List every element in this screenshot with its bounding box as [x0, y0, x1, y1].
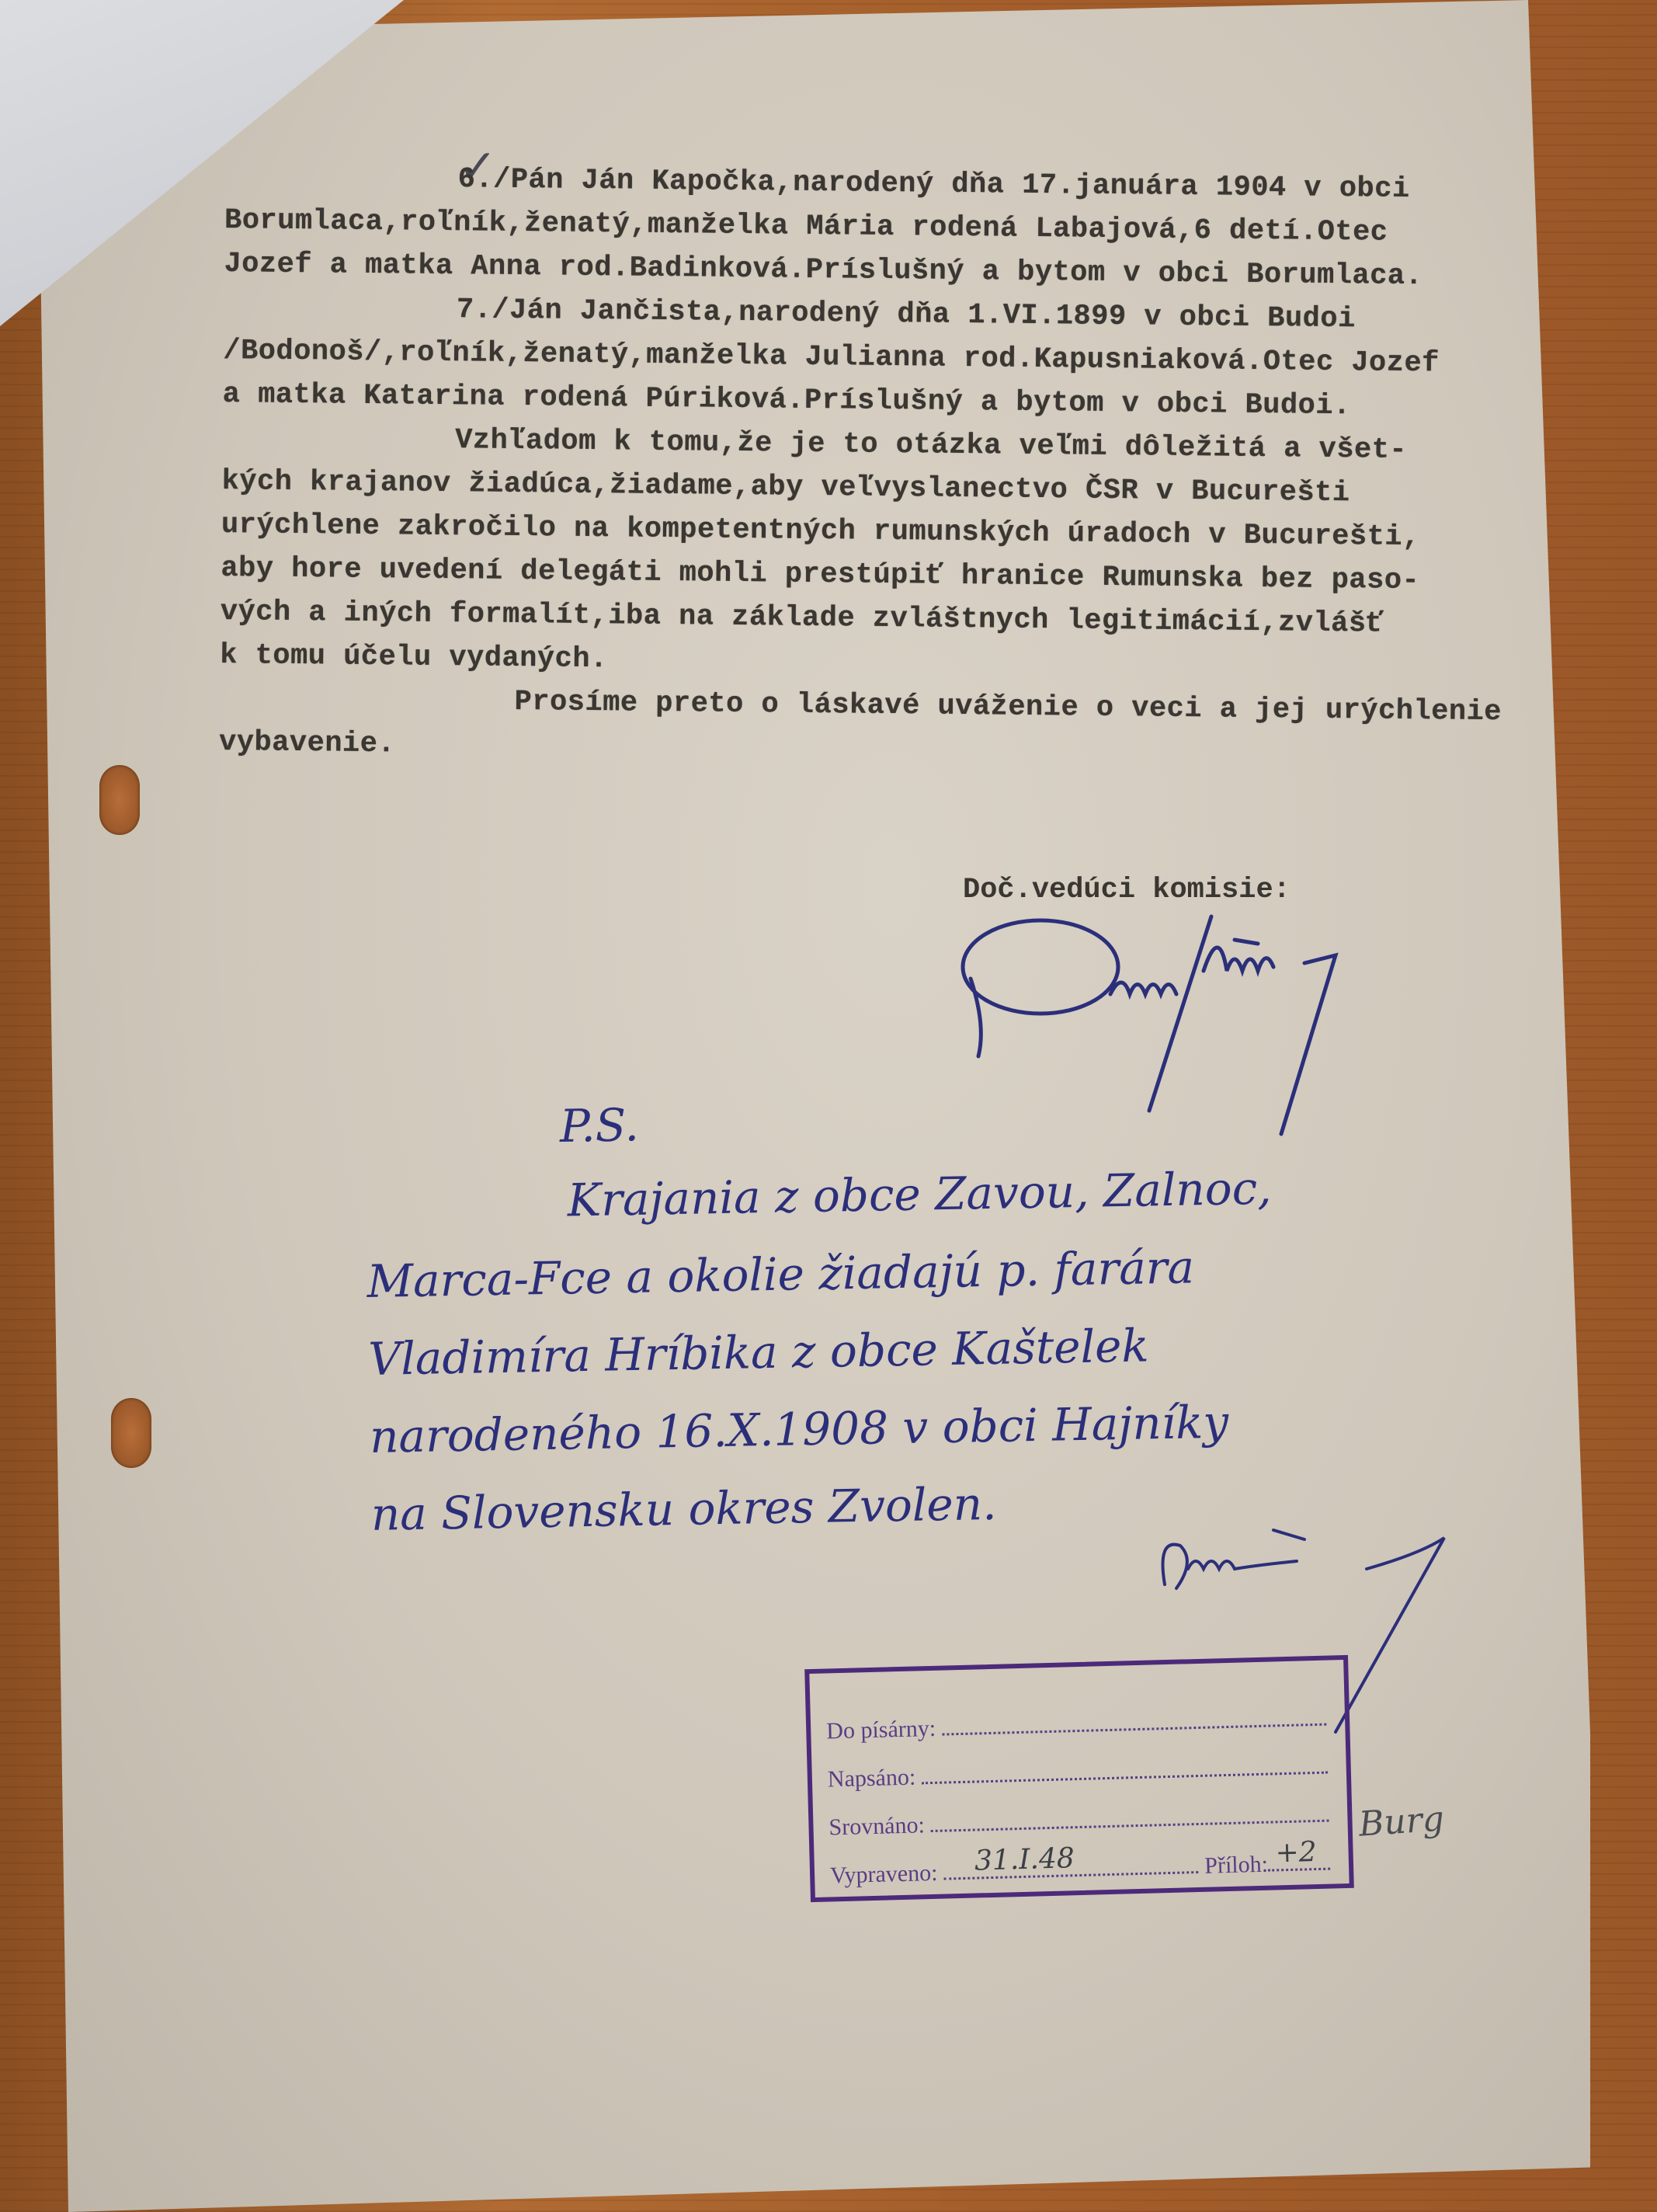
stamp-dotted-line: +2: [1268, 1868, 1330, 1872]
stamp-label: Příloh:: [1204, 1852, 1269, 1880]
stamp-label: Srovnáno:: [828, 1812, 925, 1841]
stamp-side-initials: Burg: [1357, 1799, 1445, 1845]
stamp-label: Do písárny:: [826, 1716, 936, 1745]
typed-letter-body: 6./Pán Ján Kapočka,narodený dňa 17.januá…: [219, 155, 1607, 779]
stamp-label: Vypraveno:: [830, 1860, 938, 1890]
postscript-handwritten-note: Krajania z obce Zavou, Zalnoc, Marca-Fce…: [365, 1143, 1614, 1553]
stamp-dotted-line: 31.I.48: [944, 1871, 1199, 1880]
stamp-label: Napsáno:: [827, 1765, 915, 1793]
punch-hole-bottom: [111, 1398, 151, 1468]
signature-committee-head: [955, 909, 1390, 1142]
postscript-label: P.S.: [559, 1086, 640, 1165]
office-stamp: Do písárny: Napsáno: Srovnáno: Vypraveno…: [804, 1655, 1354, 1902]
stamp-attachments-handwritten: +2: [1275, 1836, 1317, 1869]
punch-hole-top: [99, 765, 140, 835]
signoff-title: Doč.vedúci komisie:: [963, 874, 1291, 906]
stamp-date-handwritten: 31.I.48: [974, 1842, 1075, 1876]
